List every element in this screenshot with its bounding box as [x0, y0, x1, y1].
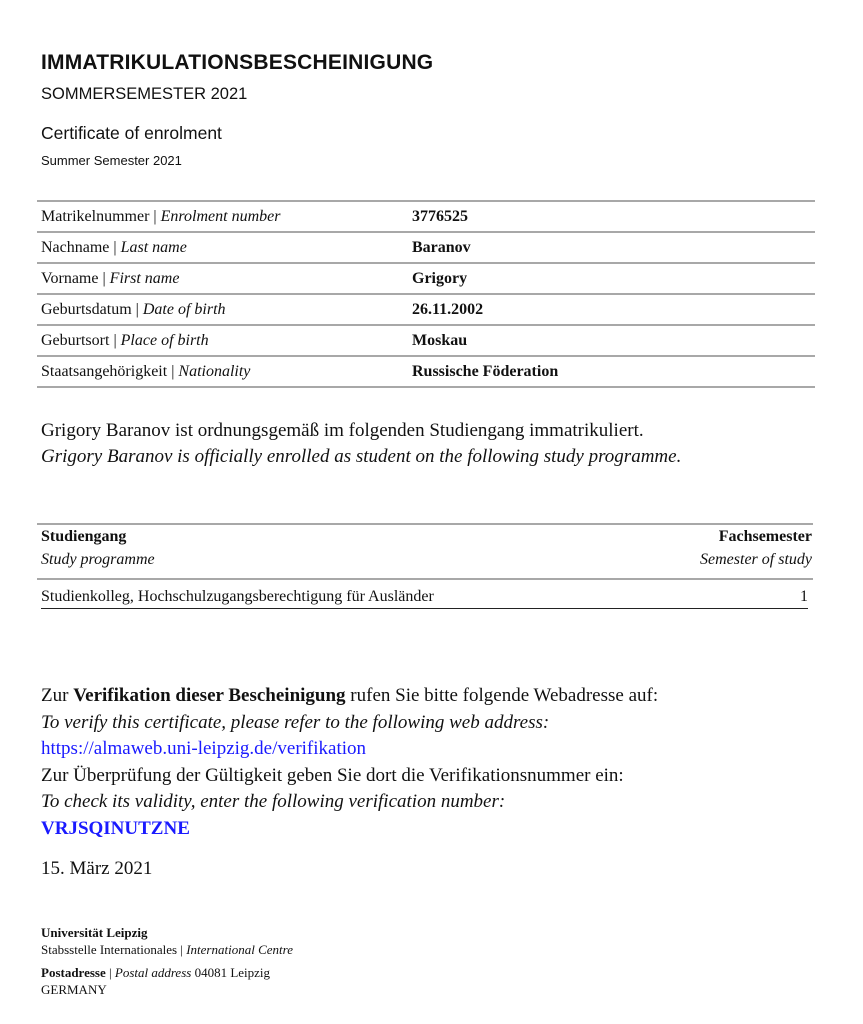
- field-value: Moskau: [407, 325, 815, 356]
- field-value: Grigory: [407, 263, 815, 294]
- document-subtitle-english: Summer Semester 2021: [41, 153, 182, 168]
- university-name: Universität Leipzig: [41, 924, 293, 941]
- field-label: Geburtsdatum | Date of birth: [37, 294, 407, 325]
- programme-table-header-rule: [37, 578, 813, 580]
- verification-emphasis: Verifikation dieser Bescheinigung: [73, 685, 345, 706]
- verification-url-link[interactable]: https://almaweb.uni-leipzig.de/verifikat…: [41, 736, 658, 763]
- footer-address: Universität Leipzig Stabsstelle Internat…: [41, 924, 293, 998]
- personal-data-row: Geburtsdatum | Date of birth26.11.2002: [37, 294, 815, 325]
- field-value: Russische Föderation: [407, 356, 815, 387]
- semester-column-header: Fachsemester: [719, 528, 812, 546]
- verification-line-english: To verify this certificate, please refer…: [41, 710, 658, 737]
- personal-data-row: Nachname | Last nameBaranov: [37, 232, 815, 263]
- field-label: Nachname | Last name: [37, 232, 407, 263]
- verification-line-german: Zur Verifikation dieser Bescheinigung ru…: [41, 683, 658, 710]
- programme-name: Studienkolleg, Hochschulzugangsberechtig…: [41, 588, 434, 606]
- programme-semester: 1: [800, 588, 808, 606]
- personal-data-table: Matrikelnummer | Enrolment number3776525…: [37, 200, 815, 388]
- field-value: 3776525: [407, 201, 815, 232]
- verification-code: VRJSQINUTZNE: [41, 816, 658, 843]
- postal-address-line: Postadresse | Postal address 04081 Leipz…: [41, 964, 293, 981]
- document-title-english: Certificate of enrolment: [41, 123, 222, 144]
- semester-column-header-english: Semester of study: [700, 551, 812, 569]
- country: GERMANY: [41, 981, 293, 998]
- programme-row: Studienkolleg, Hochschulzugangsberechtig…: [41, 588, 808, 609]
- validity-line-german: Zur Überprüfung der Gültigkeit geben Sie…: [41, 763, 658, 790]
- personal-data-row: Vorname | First nameGrigory: [37, 263, 815, 294]
- field-value: 26.11.2002: [407, 294, 815, 325]
- enrolment-statement-english: Grigory Baranov is officially enrolled a…: [41, 446, 681, 468]
- personal-data-row: Geburtsort | Place of birthMoskau: [37, 325, 815, 356]
- document-subtitle: SOMMERSEMESTER 2021: [41, 85, 247, 104]
- document-title: IMMATRIKULATIONSBESCHEINIGUNG: [41, 51, 433, 75]
- field-label: Matrikelnummer | Enrolment number: [37, 201, 407, 232]
- programme-column-header-english: Study programme: [41, 551, 155, 569]
- field-label: Staatsangehörigkeit | Nationality: [37, 356, 407, 387]
- personal-data-row: Staatsangehörigkeit | NationalityRussisc…: [37, 356, 815, 387]
- verification-section: Zur Verifikation dieser Bescheinigung ru…: [41, 683, 658, 842]
- office-line: Stabsstelle Internationales | Internatio…: [41, 941, 293, 958]
- field-label: Vorname | First name: [37, 263, 407, 294]
- field-label: Geburtsort | Place of birth: [37, 325, 407, 356]
- programme-column-header: Studiengang: [41, 528, 126, 546]
- validity-line-english: To check its validity, enter the followi…: [41, 789, 658, 816]
- field-value: Baranov: [407, 232, 815, 263]
- programme-table-top-rule: [37, 523, 813, 525]
- enrolment-statement-german: Grigory Baranov ist ordnungsgemäß im fol…: [41, 420, 644, 442]
- issue-date: 15. März 2021: [41, 858, 152, 880]
- personal-data-row: Matrikelnummer | Enrolment number3776525: [37, 201, 815, 232]
